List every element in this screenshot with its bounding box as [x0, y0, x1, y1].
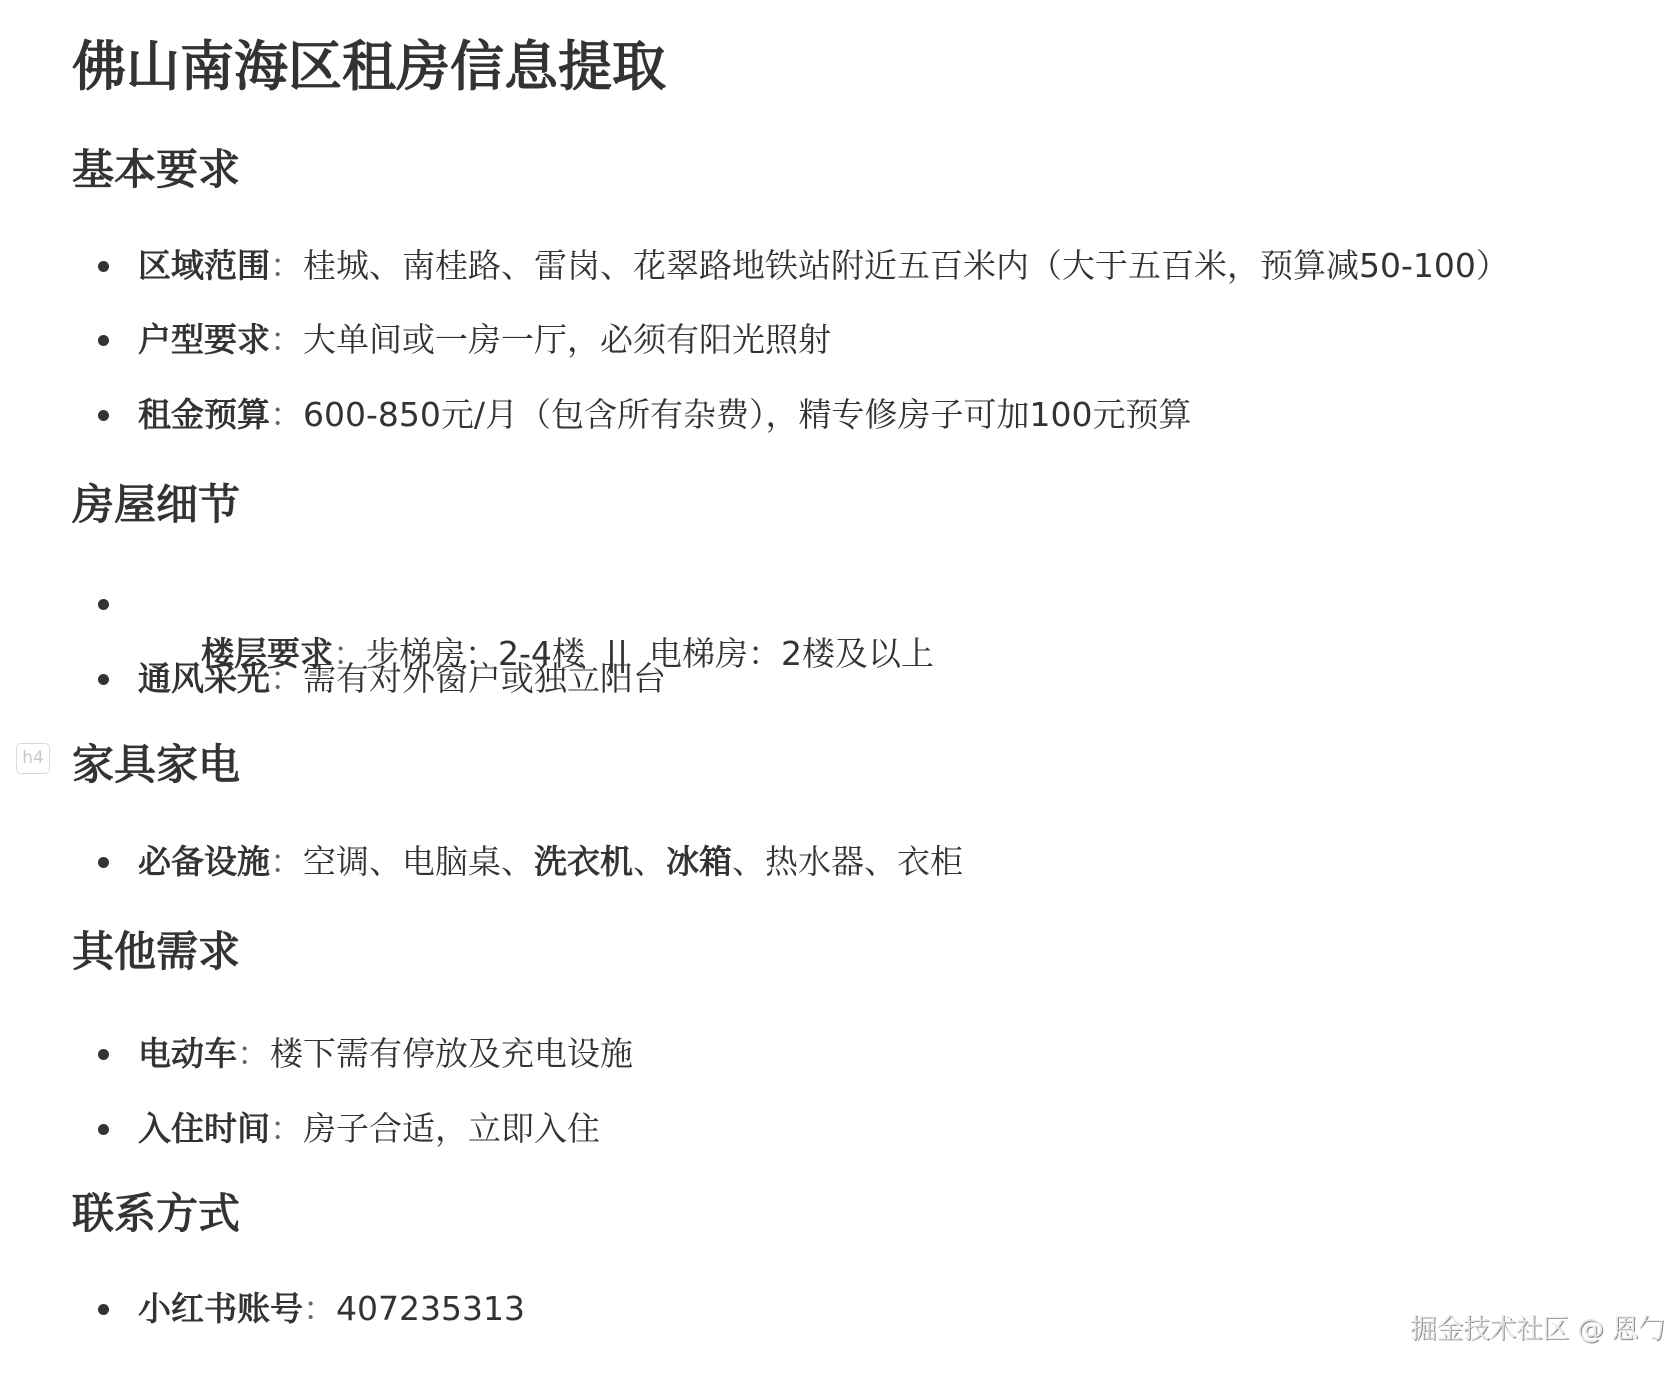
item-label: 区域范围 [138, 246, 270, 285]
item-value: 楼下需有停放及充电设施 [270, 1034, 633, 1073]
item-colon: ： [270, 842, 303, 881]
bullet-icon [98, 1049, 109, 1060]
item-colon: ： [270, 659, 303, 698]
item-colon: ： [270, 1109, 303, 1148]
item-colon: ： [237, 1034, 270, 1073]
item-value-segment: 、热水器、衣柜 [732, 842, 963, 881]
item-value: 需有对外窗户或独立阳台 [303, 659, 666, 698]
section-heading-other-needs: 其他需求 [72, 926, 240, 978]
bullet-icon [98, 1124, 109, 1135]
item-colon: ： [303, 1289, 336, 1328]
item-colon: ： [270, 246, 303, 285]
section-heading-house-details: 房屋细节 [72, 479, 240, 531]
section-heading-basic-requirements: 基本要求 [72, 144, 240, 196]
item-colon: ： [270, 395, 303, 434]
item-label: 租金预算 [138, 395, 270, 434]
section-heading-contact: 联系方式 [72, 1188, 240, 1240]
bullet-icon [98, 335, 109, 346]
bullet-icon [98, 261, 109, 272]
bullet-icon [98, 410, 109, 421]
item-value: 407235313 [336, 1289, 525, 1328]
item-value-segment-bold: 冰箱 [666, 842, 732, 881]
page-title: 佛山南海区租房信息提取 [72, 32, 666, 102]
item-value-segment: 空调、电脑桌、 [303, 842, 534, 881]
item-label: 户型要求 [138, 320, 270, 359]
section-heading-furniture-appliances: 家具家电 [72, 739, 240, 791]
item-label: 小红书账号 [138, 1289, 303, 1328]
item-label: 通风采光 [138, 659, 270, 698]
bullet-icon [98, 599, 109, 610]
item-value: 600-850元/月（包含所有杂费），精专修房子可加100元预算 [303, 395, 1192, 434]
item-label: 必备设施 [138, 842, 270, 881]
bullet-icon [98, 857, 109, 868]
item-colon: ： [270, 320, 303, 359]
bullet-icon [98, 1304, 109, 1315]
item-value: 大单间或一房一厅，必须有阳光照射 [303, 320, 831, 359]
item-label: 入住时间 [138, 1109, 270, 1148]
item-value: 房子合适，立即入住 [303, 1109, 600, 1148]
item-value-segment: 、 [633, 842, 666, 881]
item-label: 电动车 [138, 1034, 237, 1073]
watermark: 掘金技术社区 @ 恩勹 [1410, 1312, 1665, 1348]
item-value-segment-bold: 洗衣机 [534, 842, 633, 881]
heading-level-badge[interactable]: h4 [16, 743, 50, 774]
item-value: 桂城、南桂路、雷岗、花翠路地铁站附近五百米内（大于五百米，预算减50-100） [303, 246, 1509, 285]
bullet-icon [98, 674, 109, 685]
